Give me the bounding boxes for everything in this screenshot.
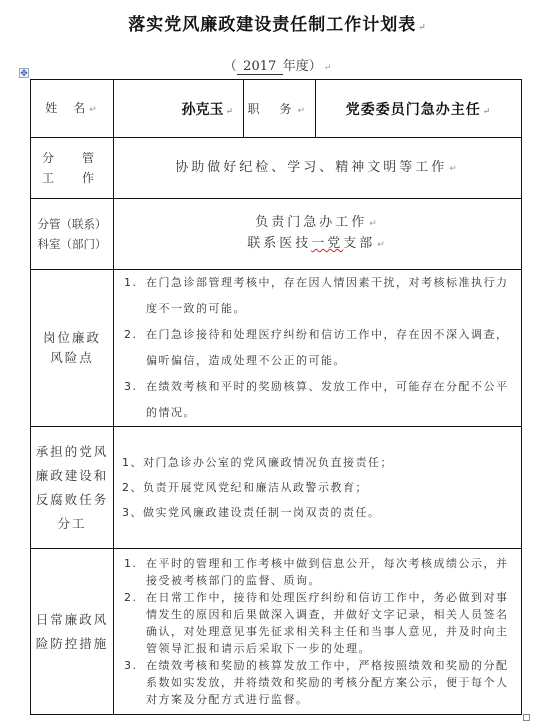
task-division-label-cell[interactable]: 承担的党风廉政建设和反腐败任务分工 xyxy=(31,427,114,549)
list-number: 1. xyxy=(118,270,146,322)
task-division-list: 1、对门急诊办公室的党风廉政情况负直接责任； 2、负责开展党风党纪和廉洁从政警示… xyxy=(114,450,521,525)
position-value-cell[interactable]: 党委委员门急办主任↵ xyxy=(316,80,522,138)
list-number: 2. xyxy=(118,589,146,657)
row-risk-points: 岗位廉政风险点 1.在门急诊部管理考核中，存在因人情因素干扰，对考核标准执行力度… xyxy=(31,270,522,427)
row-name-position: 姓 名↵ 孙克玉↵ 职 务↵ 党委委员门急办主任↵ xyxy=(31,80,522,138)
row-department: 分管（联系） 科室（部门） 负责门急办工作↵ 联系医技一党支部↵ xyxy=(31,199,522,270)
list-item: 1、对门急诊办公室的党风廉政情况负直接责任； xyxy=(122,450,513,475)
daily-controls-value-cell[interactable]: 1.在平时的管理和工作考核中做到信息公开，每次考核成绩公示，并接受被考核部门的监… xyxy=(114,549,522,715)
position-label: 职 务 xyxy=(247,102,295,116)
task-division-label: 承担的党风廉政建设和反腐败任务分工 xyxy=(36,444,109,531)
department-label-cell[interactable]: 分管（联系） 科室（部门） xyxy=(31,199,114,270)
department-label-line1: 分管（联系） xyxy=(31,214,113,234)
paragraph-mark-icon: ↵ xyxy=(369,219,380,229)
list-number: 2. xyxy=(118,322,146,374)
list-item: 2、负责开展党风党纪和廉洁从政警示教育； xyxy=(122,475,513,500)
paragraph-mark-icon: ↵ xyxy=(297,106,309,116)
table-move-handle-icon[interactable]: ✥ xyxy=(19,68,29,78)
year-value[interactable]: 2017 xyxy=(237,59,283,75)
row-daily-controls: 日常廉政风险防控措施 1.在平时的管理和工作考核中做到信息公开，每次考核成绩公示… xyxy=(31,549,522,715)
list-item: 3、做实党风廉政建设责任制一岗双责的责任。 xyxy=(122,500,513,525)
list-text: 在日常工作中，接待和处理医疗纠纷和信访工作中，务必做到对事情发生的原因和后果做深… xyxy=(146,589,513,657)
list-text: 在平时的管理和工作考核中做到信息公开，每次考核成绩公示，并接受被考核部门的监督、… xyxy=(146,555,513,589)
list-item: 3.在绩效考核和奖励的核算发放工作中，严格按照绩效和奖励的分配系数如实发放，并将… xyxy=(118,657,513,708)
position-value: 党委委员门急办主任 xyxy=(346,102,481,118)
subtitle-open-paren: （ xyxy=(224,59,237,74)
department-label-line2: 科室（部门） xyxy=(31,234,113,254)
assigned-work-value-cell[interactable]: 协助做好纪检、学习、精神文明等工作↵ xyxy=(114,138,522,199)
list-number: 3. xyxy=(118,657,146,708)
risk-points-label: 岗位廉政风险点 xyxy=(43,330,101,365)
name-label: 姓 名 xyxy=(45,101,87,115)
position-label-cell[interactable]: 职 务↵ xyxy=(244,80,316,138)
row-task-division: 承担的党风廉政建设和反腐败任务分工 1、对门急诊办公室的党风廉政情况负直接责任；… xyxy=(31,427,522,549)
department-value-line2-post: 支部 xyxy=(343,236,375,251)
subtitle-close: 年度） xyxy=(283,59,322,74)
department-value-cell[interactable]: 负责门急办工作↵ 联系医技一党支部↵ xyxy=(114,199,522,270)
list-item: 1.在平时的管理和工作考核中做到信息公开，每次考核成绩公示，并接受被考核部门的监… xyxy=(118,555,513,589)
list-text: 在门急诊接待和处理医疗纠纷和信访工作中，存在因不深入调查，偏听偏信，造成处理不公… xyxy=(146,322,513,374)
list-text: 在绩效考核和平时的奖励核算、发放工作中，可能存在分配不公平的情况。 xyxy=(146,374,513,426)
task-division-value-cell[interactable]: 1、对门急诊办公室的党风廉政情况负直接责任； 2、负责开展党风党纪和廉洁从政警示… xyxy=(114,427,522,549)
risk-points-list: 1.在门急诊部管理考核中，存在因人情因素干扰，对考核标准执行力度不一致的可能。 … xyxy=(114,270,521,426)
paragraph-mark-icon: ↵ xyxy=(89,105,99,115)
daily-controls-label-cell[interactable]: 日常廉政风险防控措施 xyxy=(31,549,114,715)
document-title: 落实党风廉政建设责任制工作计划表↵ xyxy=(0,10,555,35)
paragraph-mark-icon: ↵ xyxy=(377,240,388,250)
name-label-cell[interactable]: 姓 名↵ xyxy=(31,80,114,138)
table-resize-handle-icon[interactable] xyxy=(523,714,530,721)
list-number: 1. xyxy=(118,555,146,589)
list-text: 在门急诊部管理考核中，存在因人情因素干扰，对考核标准执行力度不一致的可能。 xyxy=(146,270,513,322)
responsibility-plan-table: 姓 名↵ 孙克玉↵ 职 务↵ 党委委员门急办主任↵ 分 管 工 作 协助做好纪检… xyxy=(30,79,522,715)
paragraph-mark-icon: ↵ xyxy=(418,23,427,33)
list-item: 2.在日常工作中，接待和处理医疗纠纷和信访工作中，务必做到对事情发生的原因和后果… xyxy=(118,589,513,657)
assigned-work-label-line1: 分 管 xyxy=(31,148,113,168)
list-text: 在绩效考核和奖励的核算发放工作中，严格按照绩效和奖励的分配系数如实发放，并将绩效… xyxy=(146,657,513,708)
assigned-work-label-line2: 工 作 xyxy=(31,168,113,188)
assigned-work-label-cell[interactable]: 分 管 工 作 xyxy=(31,138,114,199)
list-number: 3. xyxy=(118,374,146,426)
list-item: 3.在绩效考核和平时的奖励核算、发放工作中，可能存在分配不公平的情况。 xyxy=(118,374,513,426)
risk-points-value-cell[interactable]: 1.在门急诊部管理考核中，存在因人情因素干扰，对考核标准执行力度不一致的可能。 … xyxy=(114,270,522,427)
daily-controls-list: 1.在平时的管理和工作考核中做到信息公开，每次考核成绩公示，并接受被考核部门的监… xyxy=(114,555,521,708)
daily-controls-label: 日常廉政风险防控措施 xyxy=(36,612,109,651)
department-value-line1: 负责门急办工作 xyxy=(255,215,367,230)
paragraph-mark-icon: ↵ xyxy=(449,164,460,174)
name-value-cell[interactable]: 孙克玉↵ xyxy=(114,80,244,138)
spellcheck-flagged-text[interactable]: 一党 xyxy=(311,236,343,251)
list-item: 2.在门急诊接待和处理医疗纠纷和信访工作中，存在因不深入调查，偏听偏信，造成处理… xyxy=(118,322,513,374)
year-subtitle: （2017年度）↵ xyxy=(0,55,555,75)
assigned-work-value: 协助做好纪检、学习、精神文明等工作 xyxy=(175,160,447,175)
document-title-text: 落实党风廉政建设责任制工作计划表 xyxy=(128,15,416,35)
row-assigned-work: 分 管 工 作 协助做好纪检、学习、精神文明等工作↵ xyxy=(31,138,522,199)
risk-points-label-cell[interactable]: 岗位廉政风险点 xyxy=(31,270,114,427)
paragraph-mark-icon: ↵ xyxy=(483,107,492,117)
paragraph-mark-icon: ↵ xyxy=(225,107,233,117)
list-item: 1.在门急诊部管理考核中，存在因人情因素干扰，对考核标准执行力度不一致的可能。 xyxy=(118,270,513,322)
paragraph-mark-icon: ↵ xyxy=(324,63,332,73)
department-value-line2-pre: 联系医技 xyxy=(247,236,311,251)
name-value: 孙克玉 xyxy=(181,102,223,118)
